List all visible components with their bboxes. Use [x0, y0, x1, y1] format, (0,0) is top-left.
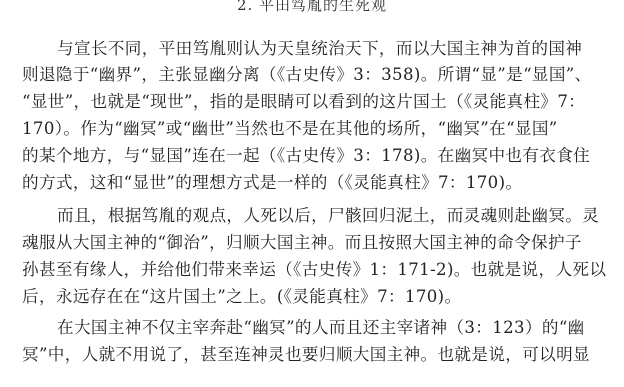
paragraph-3-line-2: 冥”中，人就不用说了，甚至连神灵也要归顺大国主神。也就是说，可以明显 — [22, 341, 590, 365]
paragraph-2-line-4: 后，永远存在在“这片国土”之上。(《灵能真柱》7：170)。 — [22, 283, 461, 307]
paragraph-2-line-1: 而且，根据笃胤的观点，人死以后，尸骸回归泥土，而灵魂则赴幽冥。灵 — [57, 202, 599, 226]
paragraph-1-line-1: 与宣长不同，平田笃胤则认为天皇统治天下，而以大国主神为首的国神 — [57, 35, 582, 59]
paragraph-1-line-3: “显世”，也就是“现世”，指的是眼睛可以看到的这片国土（《灵能真柱》7： — [22, 88, 585, 112]
section-title: 2. 平田笃胤的生死观 — [0, 0, 624, 15]
paragraph-1-line-6: 的方式，这和“显世”的理想方式是一样的（《灵能真柱》7：170)。 — [22, 169, 522, 193]
paragraph-2-line-2: 魂服从大国主神的“御治”，归顺大国主神。而且按照大国主神的命令保护子 — [22, 229, 582, 253]
paragraph-2-line-3: 孙甚至有缘人，并给他们带来幸运（《古史传》1：171-2)。也就是说，人死以 — [22, 256, 606, 280]
paragraph-1-line-2: 则退隐于“幽界”，主张显幽分离（《古史传》3：358)。所谓“显”是“显国”、 — [22, 61, 592, 85]
paragraph-1-line-5: 的某个地方，与“显国”连在一起（《古史传》3：178)。在幽冥中也有衣食住 — [22, 142, 590, 166]
paragraph-1-line-4: 170）。作为“幽冥”或“幽世”当然也不是在其他的场所，“幽冥”在“显国” — [22, 115, 558, 139]
paragraph-3-line-1: 在大国主神不仅主宰奔赴“幽冥”的人而且还主宰诸神（3：123）的“幽 — [57, 314, 585, 338]
